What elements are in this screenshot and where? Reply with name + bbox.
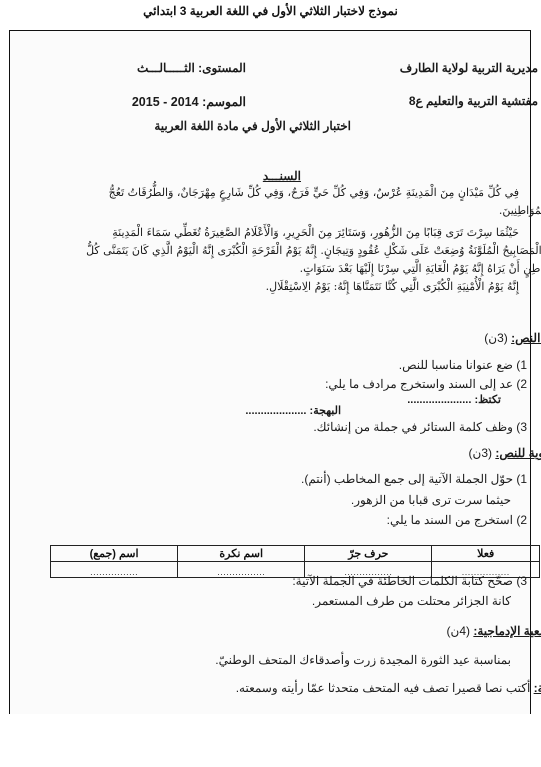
table-header-cell: حرف جرّ (305, 546, 432, 562)
language-heading: البنية اللغوية للنص: (3ن) (469, 446, 541, 460)
exam-title: اختبار الثلاثي الأول في مادة اللغة العرب… (154, 119, 351, 133)
table-header-cell: فعلا (432, 546, 540, 562)
source-line-4: وَالْمَصَابِيحُ الْمُلَوَّنَةُ وُضِعَتْ … (86, 244, 541, 257)
source-heading: السنـــد (263, 169, 301, 183)
synonym-field-2[interactable]: البهجة: .................... (245, 404, 341, 417)
level-label: المستوى: الثـــــالـــث (137, 61, 246, 75)
source-line-3: حَيْثُمَا سِرْتَ تَرَى قِبَابًا مِنَ الز… (112, 226, 519, 239)
table-header-cell: اسم نكرة (178, 546, 305, 562)
source-line-1: فِي كُلِّ مَيْدَانٍ مِنَ الْمَدِينَةِ عُ… (109, 186, 519, 199)
answer-cell[interactable]: ................ (178, 562, 305, 578)
language-q2: 2) استخرج من السند ما يلي: (387, 513, 527, 527)
page-title: نموذج لاختبار الثلاثي الأول في اللغة الع… (0, 4, 541, 18)
source-line-2: بِالْمُوَاطِنِينَ. (499, 204, 541, 217)
integration-heading: الوضعية الإدماجية: (4ن) (447, 624, 541, 638)
answer-cell[interactable]: ................ (51, 562, 178, 578)
directorate-label: مديرية التربية لولاية الطارف (400, 61, 538, 75)
source-line-6: إِنَّهُ يَوْمُ الْأُمْنِيَةِ الْكُبْرَى … (266, 280, 519, 293)
comprehension-q1: 1) ضع عنوانا مناسبا للنص. (399, 358, 527, 372)
language-q3-sentence: كانة الجزائر محتلت من طرف المستعمر. (312, 594, 511, 608)
comprehension-q3: 3) وظف كلمة الستائر في جملة من إنشائك. (313, 420, 527, 434)
table-header-cell: اسم (جمع) (51, 546, 178, 562)
synonym-field-1[interactable]: تكتظ: ..................... (407, 393, 501, 406)
inspectorate-label: مفتشية التربية والتعليم ع8 (409, 94, 538, 108)
language-q1-sentence: حيثما سرت ترى قبابا من الزهور. (351, 493, 511, 507)
integration-situation: بمناسبة عيد الثورة المجيدة زرت وأصدقاءك … (215, 653, 511, 667)
language-q1: 1) حوّل الجملة الآتية إلى جمع المخاطب (أ… (301, 472, 527, 486)
table-header-row: فعلا حرف جرّ اسم نكرة اسم (جمع) (51, 546, 540, 562)
comprehension-heading: فهم النص: (3ن) (484, 331, 541, 345)
integration-instruction: التعليمة: أكتب نصا قصيرا تصف فيه المتحف … (236, 681, 541, 695)
season-label: الموسم: 2014 - 2015 (132, 94, 246, 109)
language-q3: 3) صحّح كتابة الكلمات الخاطئة في الجملة … (292, 574, 527, 588)
comprehension-q2: 2) عد إلى السند واستخرج مرادف ما يلي: (325, 377, 527, 391)
source-line-5: مُوَاطِنٍ أَنْ يَرَاهُ إِنَّهُ يَوْمُ ال… (300, 262, 541, 275)
